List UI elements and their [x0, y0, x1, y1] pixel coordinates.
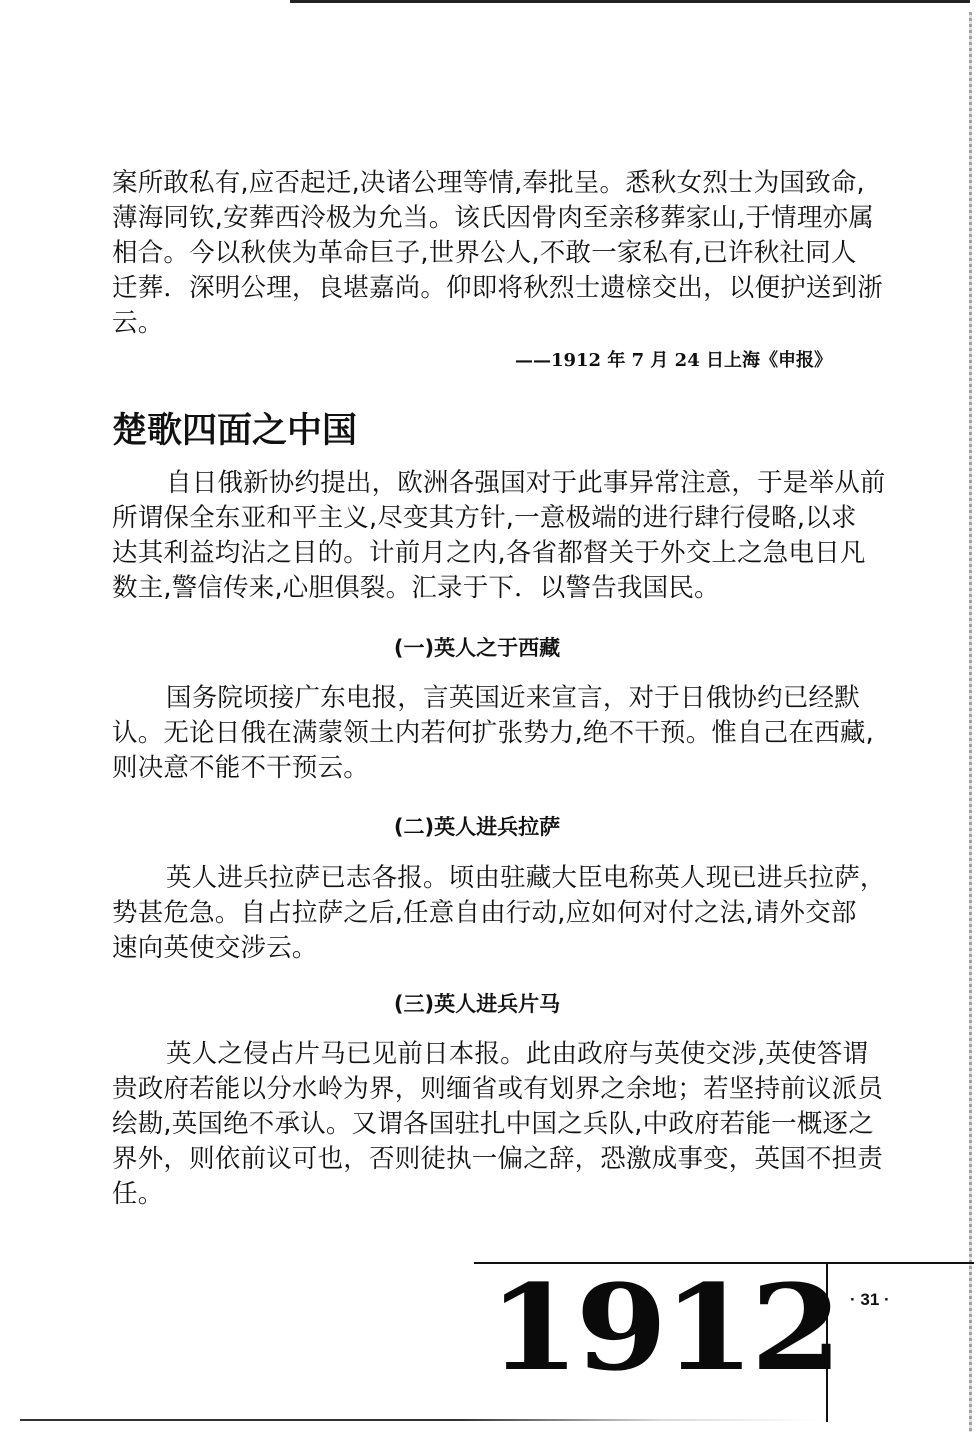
quote-line: 迁葬．深明公理，良堪嘉尚。仰即将秋烈士遗榇交出，以便护送到浙: [112, 271, 842, 305]
section-line: 国务院顷接广东电报，言英国近来宣言，对于日俄协约已经默: [112, 681, 842, 715]
quote-line: 案所敢私有,应否起迁,决诸公理等情,奉批呈。悉秋女烈士为国致命,: [112, 166, 842, 200]
section-line: 英人进兵拉萨已志各报。顷由驻藏大臣电称英人现已进兵拉萨，: [112, 861, 842, 895]
intro-line: 自日俄新协约提出，欧洲各强国对于此事异常注意，于是举从前: [112, 466, 842, 500]
page-edge-shadow: [969, 12, 972, 1432]
year-logo: 1912: [488, 1268, 838, 1388]
section-heading-tibet: (一)英人之于西藏: [112, 632, 842, 662]
quote-line: 云。: [112, 306, 842, 340]
top-border-rule: [290, 0, 970, 3]
section-line: 势甚危急。自占拉萨之后,任意自由行动,应如何对付之法,请外交部: [112, 896, 842, 930]
quote-line: 薄海同钦,安葬西泠极为允当。该氏因骨肉至亲移葬家山,于情理亦属: [112, 201, 842, 235]
intro-line: 所谓保全东亚和平主义,尽变其方针,一意极端的进行肆行侵略,以求: [112, 501, 842, 535]
intro-line: 数主,警信传来,心胆俱裂。汇录于下．以警告我国民。: [112, 571, 842, 605]
article-title: 楚歌四面之中国: [112, 403, 357, 453]
section-line: 绘勘,英国绝不承认。又谓各国驻扎中国之兵队,中政府若能一概逐之: [112, 1107, 842, 1141]
section-line: 英人之侵占片马已见前日本报。此由政府与英使交涉,英使答谓: [112, 1037, 842, 1071]
section-line: 速向英使交涉云。: [112, 931, 842, 965]
section-line: 任。: [112, 1177, 842, 1211]
section-heading-pianma: (三)英人进兵片马: [112, 988, 842, 1018]
page-number: · 31 ·: [850, 1290, 890, 1310]
section-line: 界外，则依前议可也，否则徒执一偏之辞，恐激成事变，英国不担责: [112, 1142, 842, 1176]
bottom-border-rule: [20, 1419, 820, 1421]
intro-line: 达其利益均沾之目的。计前月之内,各省都督关于外交上之急电日凡: [112, 536, 842, 570]
section-line: 认。无论日俄在满蒙领土内若何扩张势力,绝不干预。惟自己在西藏,: [112, 716, 842, 750]
quote-line: 相合。今以秋侠为革命巨子,世界公人,不敢一家私有,已许秋社同人: [112, 236, 842, 270]
section-heading-lhasa: (二)英人进兵拉萨: [112, 811, 842, 841]
section-line: 贵政府若能以分水岭为界，则缅省或有划界之余地；若坚持前议派员: [112, 1072, 842, 1106]
section-line: 则决意不能不干预云。: [112, 751, 842, 785]
quote-source: ——1912 年 7 月 24 日上海《申报》: [515, 346, 832, 372]
